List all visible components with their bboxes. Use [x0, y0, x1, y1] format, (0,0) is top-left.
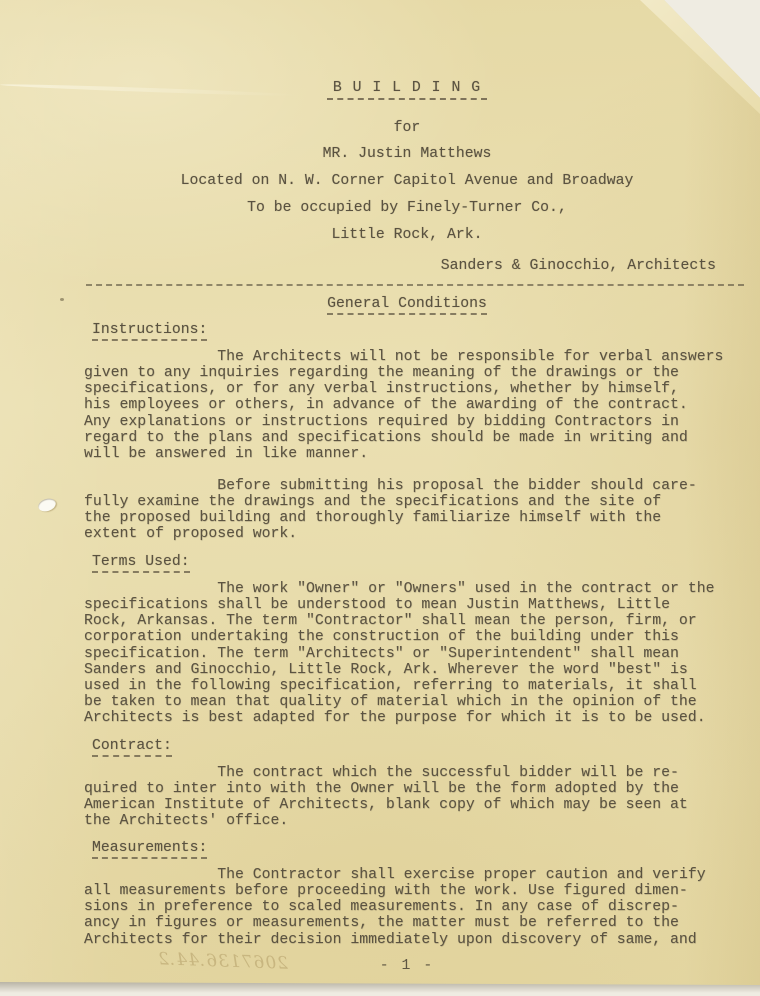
client-name: MR. Justin Matthews — [84, 146, 730, 162]
heading-measurements: Measurements: — [92, 840, 738, 856]
heading-terms-used: Terms Used: — [92, 554, 738, 570]
section-title: General Conditions — [84, 296, 730, 312]
folded-corner — [628, 0, 760, 116]
document-title: B U I L D I N G — [84, 80, 730, 96]
architects-signature: Sanders & Ginocchio, Architects — [84, 258, 716, 274]
section-title-text: General Conditions — [327, 296, 487, 315]
page-number: - 1 - — [84, 958, 730, 974]
instructions-paragraph-2: Before submitting his proposal the bidde… — [84, 478, 744, 543]
heading-contract: Contract: — [92, 738, 738, 754]
title-for-line: for — [84, 120, 730, 136]
heading-instructions: Instructions: — [92, 322, 738, 338]
dashed-rule — [86, 284, 744, 286]
city-line: Little Rock, Ark. — [84, 227, 730, 243]
document-page: 2067136.44.2 B U I L D I N G for MR. Jus… — [0, 0, 760, 990]
instructions-paragraph-1: The Architects will not be responsible f… — [84, 349, 744, 462]
measurements-paragraph: The Contractor shall exercise proper cau… — [84, 867, 744, 948]
building-occupant: To be occupied by Finely-Turner Co., — [84, 200, 730, 216]
terms-used-paragraph: The work "Owner" or "Owners" used in the… — [84, 581, 744, 726]
paper-hole — [37, 497, 58, 514]
paper-speck — [60, 298, 64, 301]
document-title-text: B U I L D I N G — [327, 80, 487, 100]
building-location: Located on N. W. Corner Capitol Avenue a… — [84, 173, 730, 189]
contract-paragraph: The contract which the successful bidder… — [84, 765, 744, 830]
